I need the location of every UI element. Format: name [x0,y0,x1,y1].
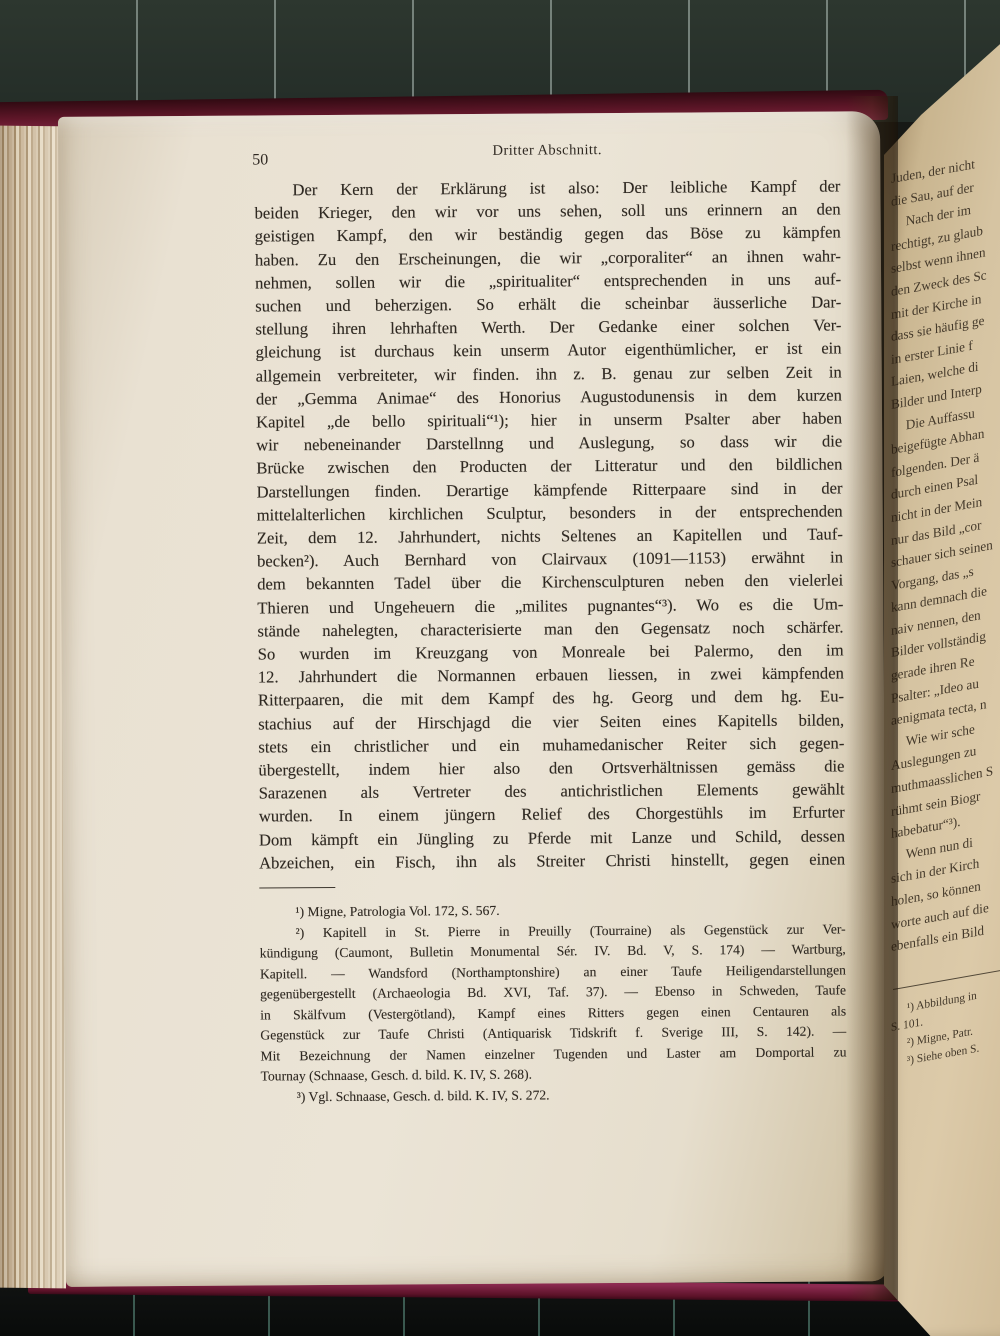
body-text: Der Kern der Erklärung ist also: Der lei… [254,174,845,874]
footnote-separator [259,887,335,889]
text-line: Abzeichen, ein Fisch, ihn als Streiter C… [259,847,845,874]
right-page-body: Juden, der nichtdie Sau, auf derNach der… [891,168,1000,959]
footnote-line: ³) Vgl. Schnaase, Gesch. d. bild. K. IV,… [261,1083,847,1108]
running-header: Dritter Abschnitt. [254,140,840,161]
right-page-text: Juden, der nichtdie Sau, auf derNach der… [891,168,1000,1072]
book-photo-scene: 50 Dritter Abschnitt. Der Kern der Erklä… [0,0,1000,1336]
book-page-edges [0,126,66,1289]
footnotes: ¹) Migne, Patrologia Vol. 172, S. 567.²)… [259,898,846,1107]
right-page-footnotes: ¹) Abbildung inS. 101.²) Migne, Patr.³) … [891,1002,1000,1072]
footnote-line: Mit Bezeichnung der Namen einzelner Tuge… [260,1042,846,1067]
left-book-page: 50 Dritter Abschnitt. Der Kern der Erklä… [58,111,888,1287]
right-book-page: Juden, der nichtdie Sau, auf derNach der… [884,0,1000,1336]
